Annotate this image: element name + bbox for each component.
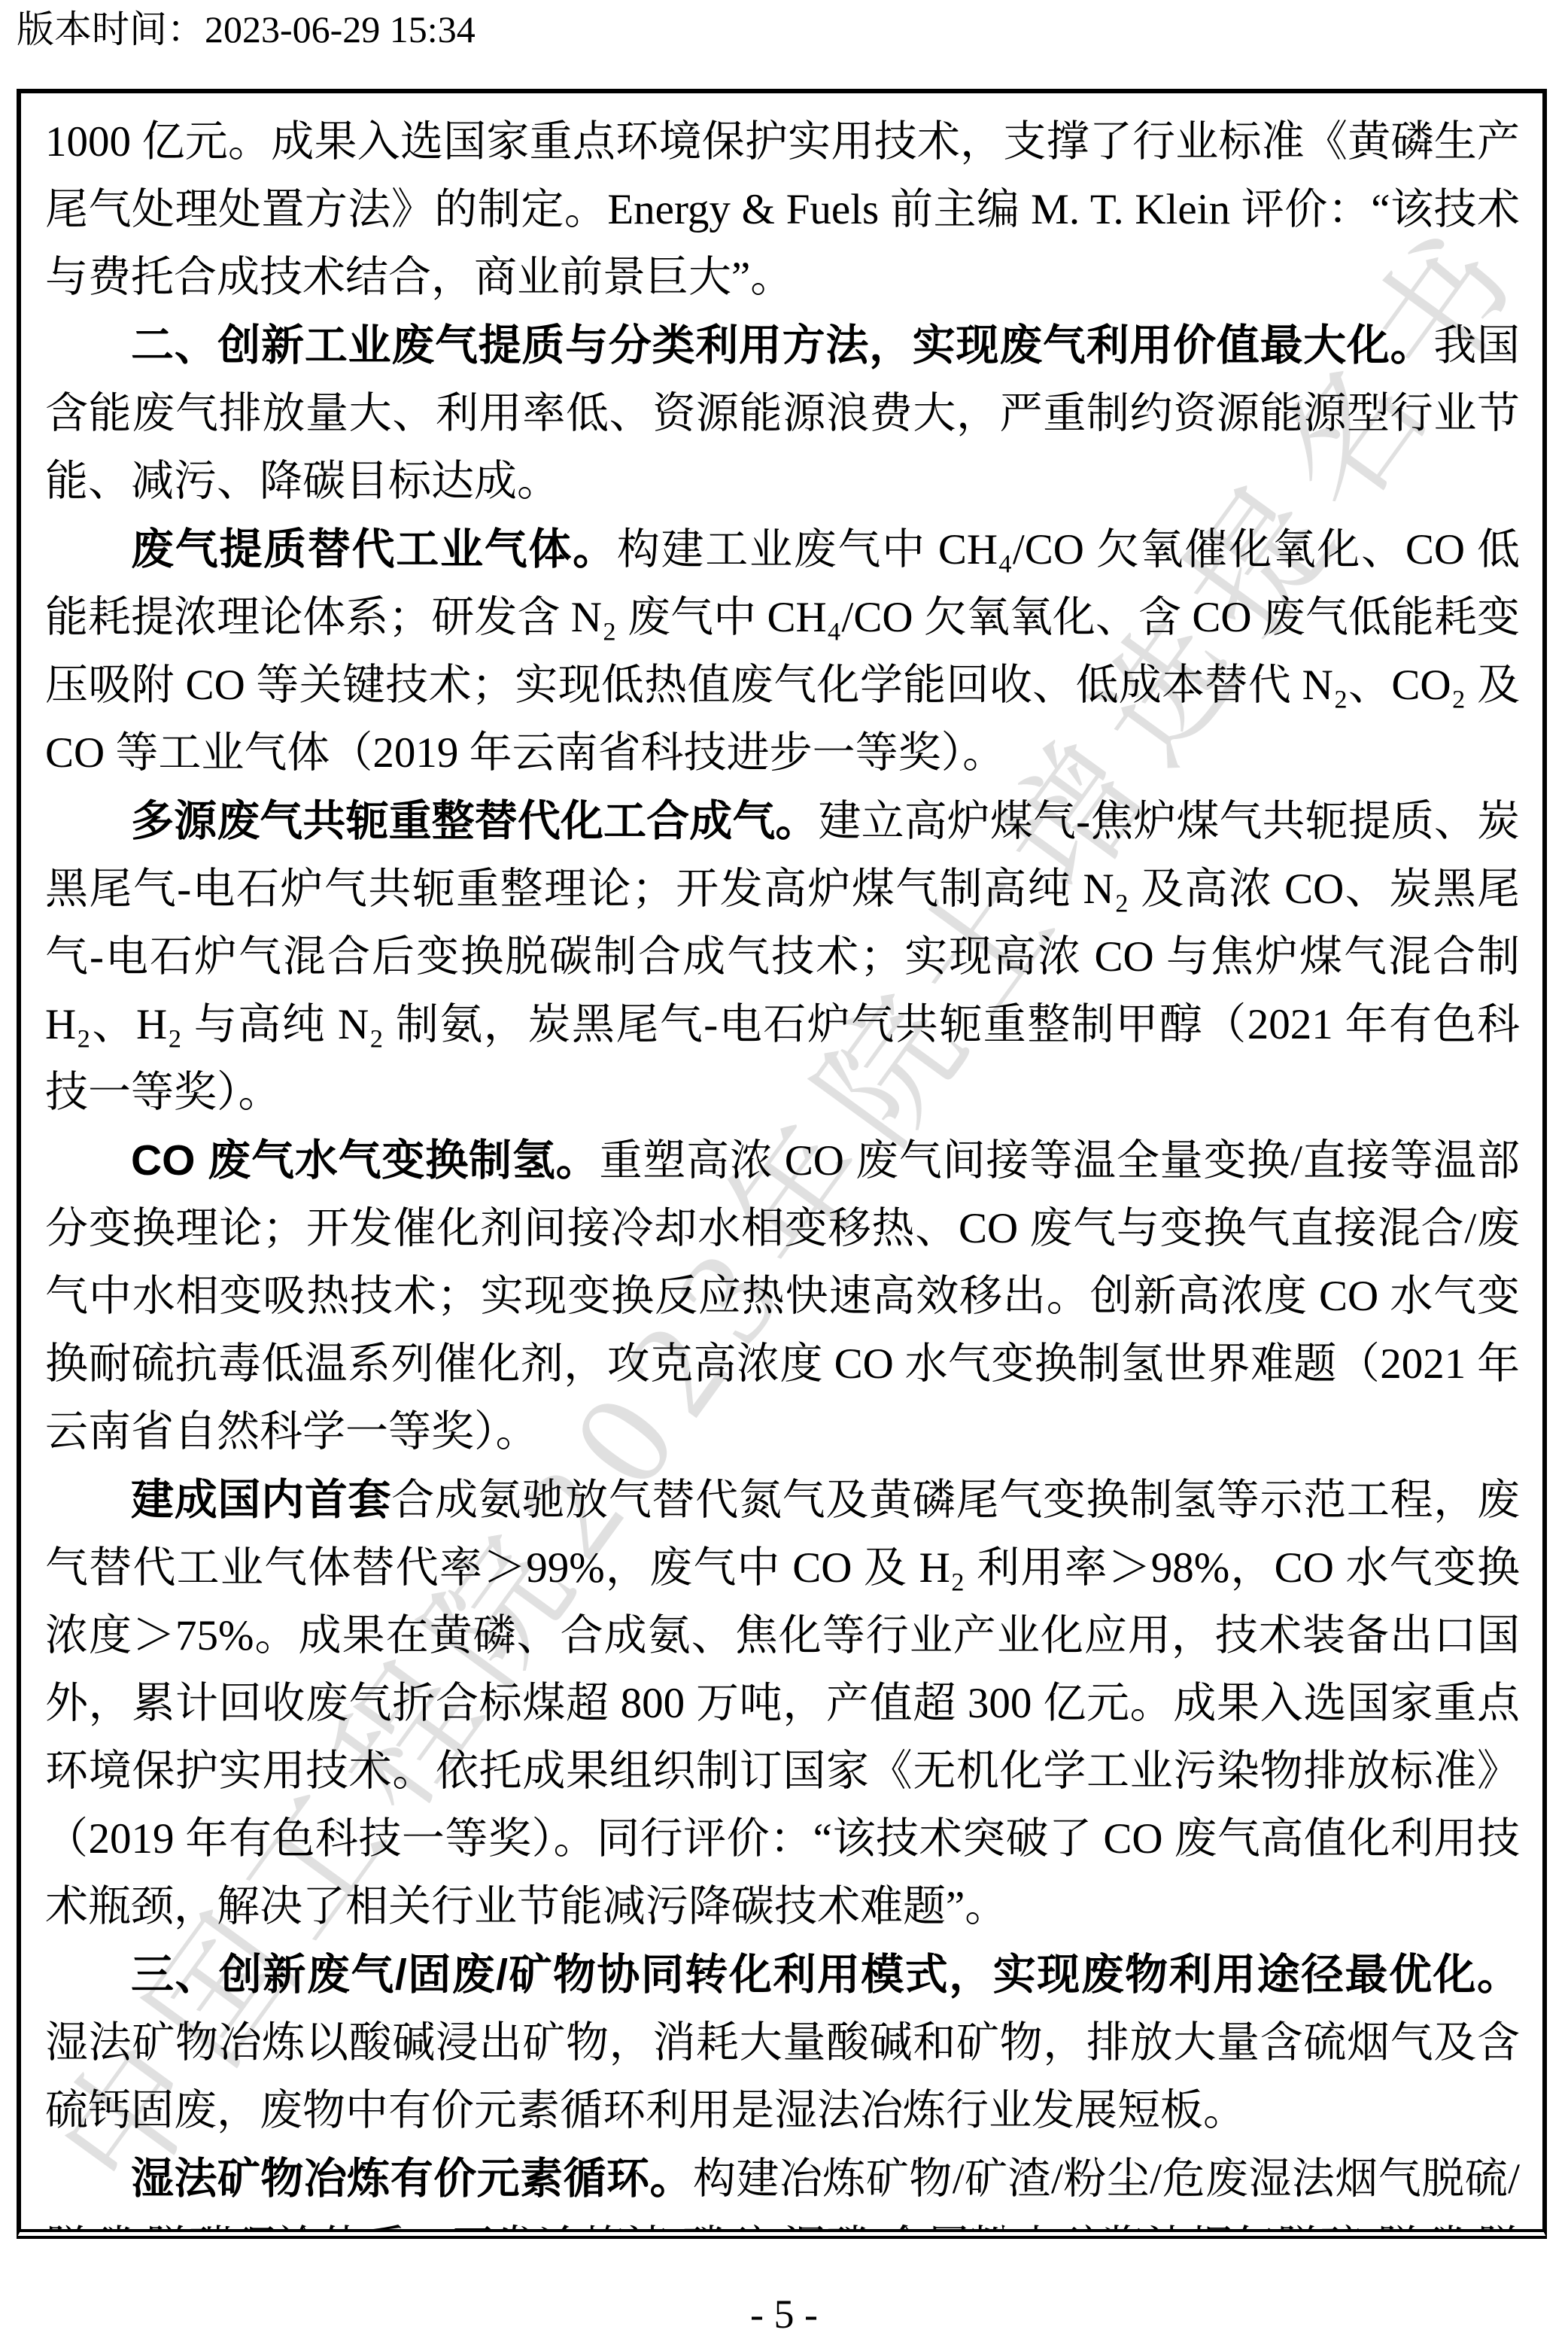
paragraph: CO 废气水气变换制氢。重塑高浓 CO 废气间接等温全量变换/直接等温部分变换理… [45, 1127, 1520, 1466]
paragraph: 废气提质替代工业气体。构建工业废气中 CH₄/CO 欠氧催化氧化、CO 低能耗提… [45, 516, 1520, 787]
paragraph-body: 重塑高浓 CO 废气间接等温全量变换/直接等温部分变换理论；开发催化剂间接冷却水… [45, 1137, 1520, 1455]
paragraph: 二、创新工业废气提质与分类利用方法，实现废气利用价值最大化。我国含能废气排放量大… [45, 312, 1520, 516]
paragraph-body: 建立高炉煤气-焦炉煤气共轭提质、炭黑尾气-电石炉气共轭重整理论；开发高炉煤气制高… [45, 798, 1520, 1116]
paragraph-lead: 建成国内首套 [131, 1476, 391, 1524]
paragraph-lead: 湿法矿物冶炼有价元素循环。 [131, 2155, 693, 2203]
paragraph: 建成国内首套合成氨驰放气替代氮气及黄磷尾气变换制氢等示范工程，废气替代工业气体替… [45, 1466, 1520, 1941]
paragraph: 三、创新废气/固废/矿物协同转化利用模式，实现废物利用途径最优化。湿法矿物冶炼以… [45, 1941, 1520, 2145]
paragraph: 多源废气共轭重整替代化工合成气。建立高炉煤气-焦炉煤气共轭提质、炭黑尾气-电石炉… [45, 787, 1520, 1127]
paragraph: 湿法矿物冶炼有价元素循环。构建冶炼矿物/矿渣/粉尘/危废湿法烟气脱硫/脱硝/脱碳… [45, 2145, 1520, 2239]
page-number: - 5 - [0, 2291, 1568, 2337]
paragraph-lead: CO 废气水气变换制氢。 [131, 1136, 599, 1185]
paragraph-lead: 多源废气共轭重整替代化工合成气。 [131, 797, 819, 845]
document-page: 版本时间：2023-06-29 15:34 中国工程院2023年院士增选提名书 … [0, 0, 1568, 2351]
paragraph-body: 1000 亿元。成果入选国家重点环境保护实用技术，支撑了行业标准《黄磷生产尾气处… [45, 118, 1520, 301]
paragraph-lead: 三、创新废气/固废/矿物协同转化利用模式，实现废物利用途径最优化。 [131, 1951, 1520, 1999]
paragraph-body: 湿法矿物冶炼以酸碱浸出矿物，消耗大量酸碱和矿物，排放大量含硫烟气及含硫钙固废，废… [45, 2019, 1520, 2134]
content-border-box: 1000 亿元。成果入选国家重点环境保护实用技术，支撑了行业标准《黄磷生产尾气处… [17, 89, 1547, 2239]
paragraph: 1000 亿元。成果入选国家重点环境保护实用技术，支撑了行业标准《黄磷生产尾气处… [45, 108, 1520, 312]
paragraph-lead: 废气提质替代工业气体。 [131, 525, 617, 573]
paragraph-body: 合成氨驰放气替代氮气及黄磷尾气变换制氢等示范工程，废气替代工业气体替代率＞99%… [45, 1477, 1520, 1930]
version-timestamp: 版本时间：2023-06-29 15:34 [17, 6, 476, 53]
paragraph-lead: 二、创新工业废气提质与分类利用方法，实现废气利用价值最大化。 [131, 321, 1433, 370]
